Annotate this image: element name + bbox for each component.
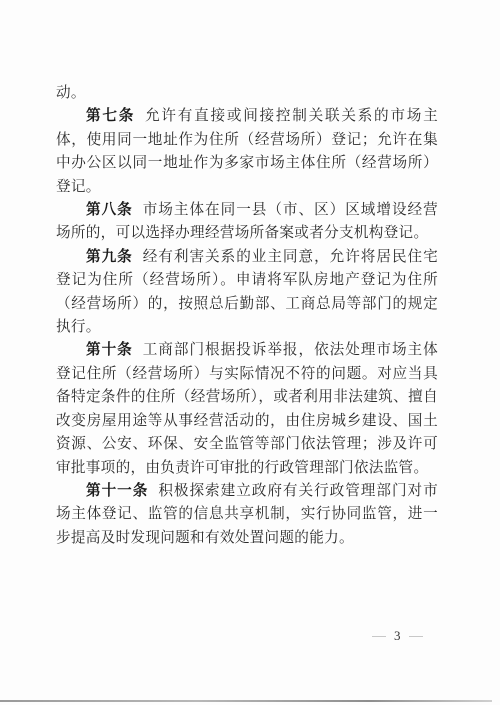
continuation-text: 动。 xyxy=(56,81,438,104)
article-label: 第八条 xyxy=(86,201,133,218)
article-label: 第九条 xyxy=(86,248,133,265)
article-label: 第十一条 xyxy=(86,482,148,499)
article-10: 第十条工商部门根据投诉举报，依法处理市场主体登记住所（经营场所）与实际情况不符的… xyxy=(56,338,438,478)
article-body: 工商部门根据投诉举报，依法处理市场主体登记住所（经营场所）与实际情况不符的问题。… xyxy=(56,341,438,475)
page-number-dash-right xyxy=(409,636,423,637)
article-11: 第十一条积极探索建立政府有关行政管理部门对市场主体登记、监管的信息共享机制，实行… xyxy=(56,479,438,549)
article-8: 第八条市场主体在同一县（市、区）区域增设经营场所的，可以选择办理经营场所备案或者… xyxy=(56,198,438,245)
page-number: 3 xyxy=(372,628,423,644)
continuation-line: 动。 xyxy=(56,84,86,101)
scan-edge-line xyxy=(0,700,492,702)
article-label: 第七条 xyxy=(86,107,135,124)
article-7: 第七条允许有直接或间接控制关联关系的市场主体，使用同一地址作为住所（经营场所）登… xyxy=(56,104,438,198)
page-number-value: 3 xyxy=(394,628,401,644)
page-number-dash-left xyxy=(372,636,386,637)
document-page: 动。 第七条允许有直接或间接控制关联关系的市场主体，使用同一地址作为住所（经营场… xyxy=(56,81,438,549)
article-label: 第十条 xyxy=(86,341,133,358)
article-9: 第九条经有利害关系的业主同意，允许将居民住宅登记为住所（经营场所）。申请将军队房… xyxy=(56,245,438,339)
